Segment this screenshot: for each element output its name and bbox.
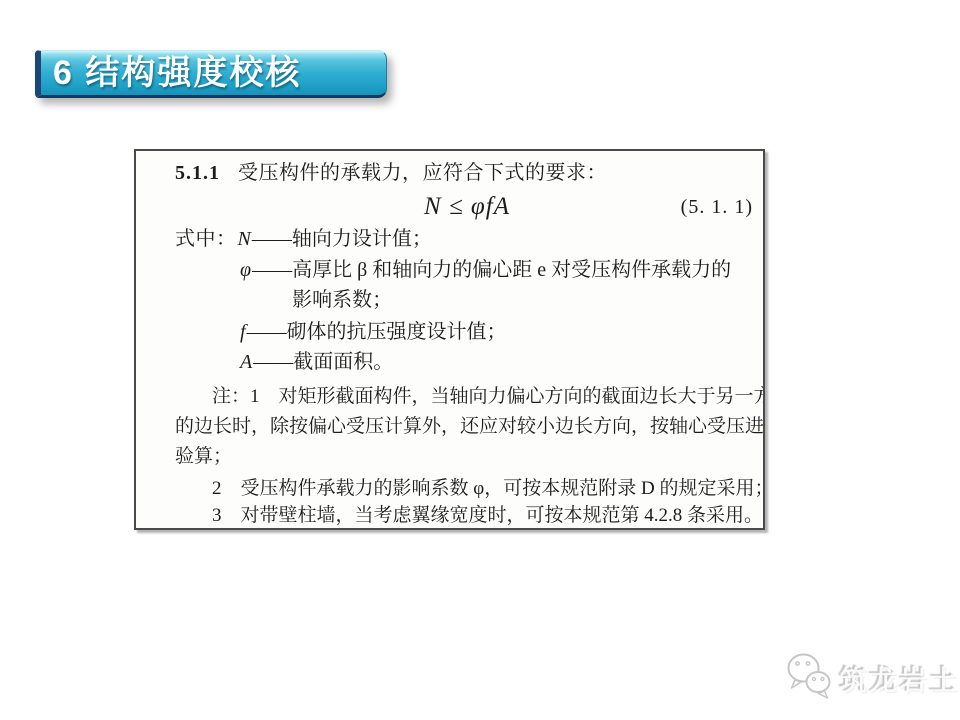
definition-row-N: 式中：N——轴向力设计值； (175, 225, 759, 253)
formula-row: N ≤ φfA (5. 1. 1) (175, 191, 759, 223)
em-dash: —— (247, 317, 287, 347)
definition-row-phi: φ——高厚比 β 和轴向力的偏心距 e 对受压构件承载力的影响系数； (175, 255, 759, 315)
symbol-N: N (238, 228, 251, 250)
symbol-phi: φ (240, 255, 251, 285)
note-3: 3 对带壁柱墙，当考虑翼缘宽度时，可按本规范第 4.2.8 条采用。 (175, 504, 759, 528)
symbol-A: A (240, 347, 252, 377)
definition-text-A: 截面面积。 (293, 347, 393, 377)
wechat-icon (786, 652, 832, 705)
em-dash: —— (252, 255, 292, 285)
definition-text-N: 轴向力设计值； (292, 228, 432, 250)
note-1-line-1: 注：1 对矩形截面构件，当轴向力偏心方向的截面边长大于另一方向 (175, 382, 759, 412)
note-1-line-3: 验算； (175, 442, 759, 472)
note-2: 2 受压构件承载力的影响系数 φ，可按本规范附录 D 的规定采用； (175, 474, 759, 504)
note-1-line-2: 的边长时，除按偏心受压计算外，还应对较小边长方向，按轴心受压进行 (175, 412, 759, 442)
em-dash: —— (253, 347, 293, 377)
code-excerpt-box: 5.1.1受压构件的承载力，应符合下式的要求： N ≤ φfA (5. 1. 1… (134, 149, 765, 530)
notes-block: 注：1 对矩形截面构件，当轴向力偏心方向的截面边长大于另一方向 的边长时，除按偏… (175, 382, 759, 528)
watermark: 筑龙岩土 (786, 654, 960, 702)
slide-title: 6 结构强度校核 (41, 51, 386, 95)
section-text: 受压构件的承载力，应符合下式的要求： (238, 162, 607, 184)
formula: N ≤ φfA (424, 191, 510, 223)
where-label: 式中： (175, 228, 237, 250)
formula-number: (5. 1. 1) (681, 191, 753, 223)
definition-text-f: 砌体的抗压强度设计值； (287, 317, 507, 347)
slide: 6 结构强度校核 5.1.1受压构件的承载力，应符合下式的要求： N ≤ φfA… (0, 0, 960, 720)
title-banner: 6 结构强度校核 (35, 50, 387, 98)
section-number: 5.1.1 (175, 162, 220, 184)
watermark-text: 筑龙岩土 (840, 659, 960, 698)
section-heading: 5.1.1受压构件的承载力，应符合下式的要求： (175, 159, 759, 187)
em-dash: —— (252, 228, 292, 250)
definition-row-A: A——截面面积。 (175, 347, 759, 377)
symbol-f: f (240, 317, 246, 347)
definition-text-phi: 高厚比 β 和轴向力的偏心距 e 对受压构件承载力的影响系数； (292, 255, 731, 315)
definition-row-f: f——砌体的抗压强度设计值； (175, 317, 759, 347)
